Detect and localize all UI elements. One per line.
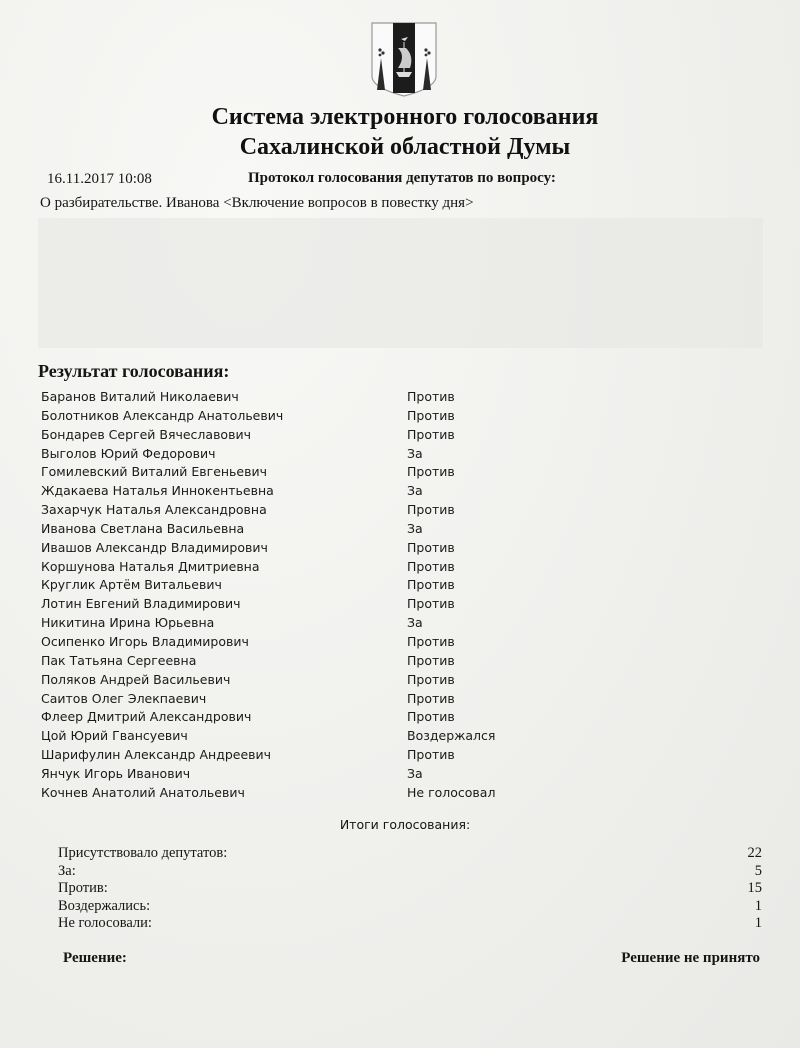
vote-list: Баранов Виталий НиколаевичПротивБолотник…: [41, 388, 601, 803]
vote-choice: Против: [407, 633, 455, 652]
total-row: Против:15: [58, 880, 762, 898]
vote-choice: Против: [407, 671, 455, 690]
vote-choice: Воздержался: [407, 727, 495, 746]
deputy-name: Ивашов Александр Владимирович: [41, 539, 407, 558]
total-row: Присутствовало депутатов:22: [58, 845, 762, 863]
deputy-name: Гомилевский Виталий Евгеньевич: [41, 463, 407, 482]
vote-row: Баранов Виталий НиколаевичПротив: [41, 388, 601, 407]
vote-row: Круглик Артём ВитальевичПротив: [41, 576, 601, 595]
deputy-name: Выголов Юрий Федорович: [41, 445, 407, 464]
vote-row: Шарифулин Александр АндреевичПротив: [41, 746, 601, 765]
decision-label: Решение:: [63, 950, 127, 967]
total-value: 15: [748, 880, 763, 898]
deputy-name: Шарифулин Александр Андреевич: [41, 746, 407, 765]
vote-row: Кочнев Анатолий АнатольевичНе голосовал: [41, 784, 601, 803]
vote-row: Пак Татьяна СергеевнаПротив: [41, 652, 601, 671]
vote-row: Никитина Ирина ЮрьевнаЗа: [41, 614, 601, 633]
total-value: 1: [755, 898, 762, 916]
vote-choice: Против: [407, 576, 455, 595]
total-value: 22: [748, 845, 763, 863]
vote-choice: Против: [407, 426, 455, 445]
totals-table: Присутствовало депутатов:22За:5Против:15…: [58, 845, 762, 933]
system-title: Система электронного голосования: [0, 104, 800, 131]
vote-row: Цой Юрий ГвансуевичВоздержался: [41, 727, 601, 746]
deputy-name: Болотников Александр Анатольевич: [41, 407, 407, 426]
deputy-name: Кочнев Анатолий Анатольевич: [41, 784, 407, 803]
total-value: 1: [755, 915, 762, 933]
vote-row: Болотников Александр АнатольевичПротив: [41, 407, 601, 426]
deputy-name: Цой Юрий Гвансуевич: [41, 727, 407, 746]
total-label: Воздержались:: [58, 898, 150, 916]
vote-choice: Против: [407, 388, 455, 407]
voting-protocol-document: Система электронного голосования Сахалин…: [0, 0, 800, 1048]
decision-value: Решение не принято: [621, 950, 760, 967]
deputy-name: Никитина Ирина Юрьевна: [41, 614, 407, 633]
vote-choice: Против: [407, 407, 455, 426]
sakhalin-coat-of-arms-icon: [368, 20, 440, 98]
vote-row: Янчук Игорь ИвановичЗа: [41, 765, 601, 784]
vote-row: Коршунова Наталья ДмитриевнаПротив: [41, 558, 601, 577]
deputy-name: Поляков Андрей Васильевич: [41, 671, 407, 690]
protocol-datetime: 16.11.2017 10:08: [47, 171, 152, 188]
vote-choice: Против: [407, 463, 455, 482]
vote-choice: Против: [407, 558, 455, 577]
vote-choice: Против: [407, 652, 455, 671]
total-label: За:: [58, 863, 76, 881]
deputy-name: Бондарев Сергей Вячеславович: [41, 426, 407, 445]
vote-choice: За: [407, 614, 423, 633]
vote-choice: За: [407, 765, 423, 784]
deputy-name: Ждакаева Наталья Иннокентьевна: [41, 482, 407, 501]
total-row: Воздержались:1: [58, 898, 762, 916]
duma-title: Сахалинской областной Думы: [0, 134, 800, 161]
deputy-name: Осипенко Игорь Владимирович: [41, 633, 407, 652]
deputy-name: Пак Татьяна Сергеевна: [41, 652, 407, 671]
vote-row: Флеер Дмитрий АлександровичПротив: [41, 708, 601, 727]
redacted-area: [38, 218, 763, 348]
vote-choice: Против: [407, 595, 455, 614]
vote-row: Ждакаева Наталья ИннокентьевнаЗа: [41, 482, 601, 501]
total-label: Присутствовало депутатов:: [58, 845, 227, 863]
results-heading: Результат голосования:: [38, 361, 229, 382]
vote-row: Лотин Евгений ВладимировичПротив: [41, 595, 601, 614]
deputy-name: Иванова Светлана Васильевна: [41, 520, 407, 539]
vote-choice: За: [407, 482, 423, 501]
totals-heading: Итоги голосования:: [0, 817, 800, 832]
deputy-name: Флеер Дмитрий Александрович: [41, 708, 407, 727]
deputy-name: Коршунова Наталья Дмитриевна: [41, 558, 407, 577]
vote-choice: Не голосовал: [407, 784, 495, 803]
vote-row: Гомилевский Виталий ЕвгеньевичПротив: [41, 463, 601, 482]
deputy-name: Баранов Виталий Николаевич: [41, 388, 407, 407]
vote-choice: За: [407, 445, 423, 464]
vote-choice: Против: [407, 539, 455, 558]
agenda-question: О разбирательстве. Иванова <Включение во…: [40, 195, 474, 212]
vote-choice: Против: [407, 708, 455, 727]
vote-row: Бондарев Сергей ВячеславовичПротив: [41, 426, 601, 445]
vote-choice: Против: [407, 501, 455, 520]
total-label: Не голосовали:: [58, 915, 152, 933]
total-row: За:5: [58, 863, 762, 881]
total-row: Не голосовали:1: [58, 915, 762, 933]
total-label: Против:: [58, 880, 108, 898]
vote-row: Захарчук Наталья АлександровнаПротив: [41, 501, 601, 520]
deputy-name: Захарчук Наталья Александровна: [41, 501, 407, 520]
deputy-name: Янчук Игорь Иванович: [41, 765, 407, 784]
vote-row: Выголов Юрий ФедоровичЗа: [41, 445, 601, 464]
vote-choice: Против: [407, 690, 455, 709]
vote-row: Осипенко Игорь ВладимировичПротив: [41, 633, 601, 652]
vote-row: Иванова Светлана ВасильевнаЗа: [41, 520, 601, 539]
vote-row: Поляков Андрей ВасильевичПротив: [41, 671, 601, 690]
deputy-name: Саитов Олег Элекпаевич: [41, 690, 407, 709]
deputy-name: Круглик Артём Витальевич: [41, 576, 407, 595]
vote-row: Саитов Олег ЭлекпаевичПротив: [41, 690, 601, 709]
total-value: 5: [755, 863, 762, 881]
vote-row: Ивашов Александр ВладимировичПротив: [41, 539, 601, 558]
vote-choice: За: [407, 520, 423, 539]
deputy-name: Лотин Евгений Владимирович: [41, 595, 407, 614]
protocol-heading: Протокол голосования депутатов по вопрос…: [248, 170, 556, 187]
vote-choice: Против: [407, 746, 455, 765]
